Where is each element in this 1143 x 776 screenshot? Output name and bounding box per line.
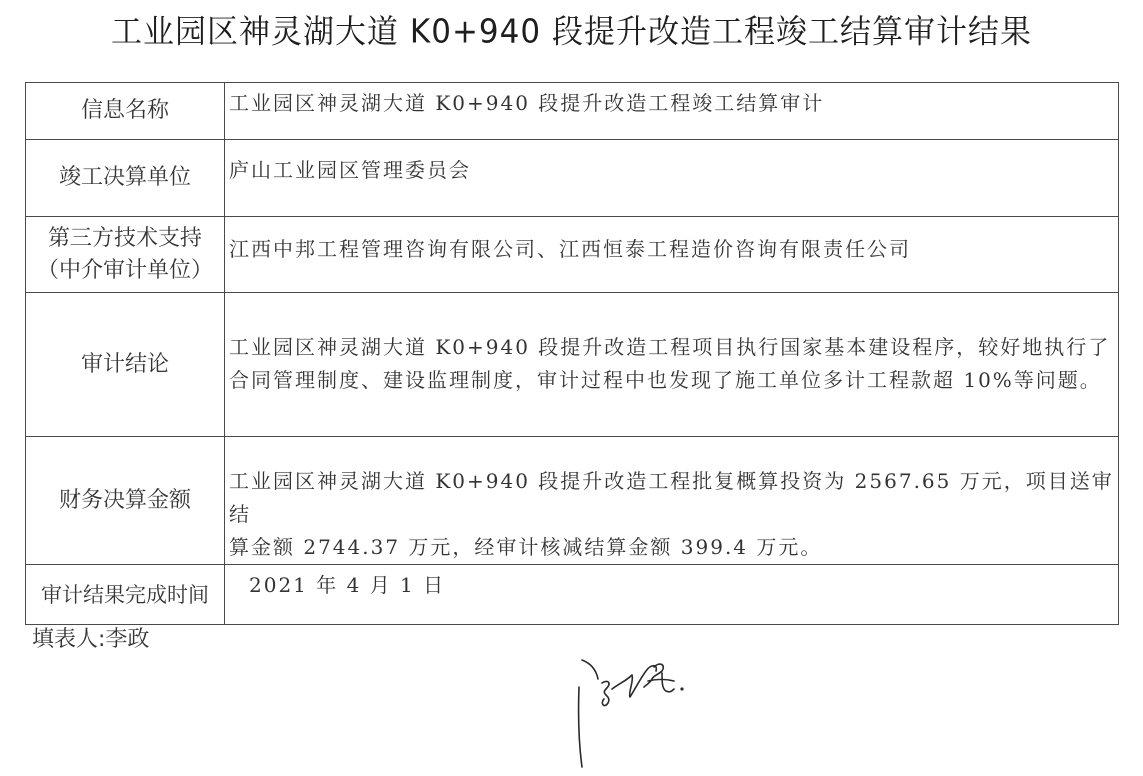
document-title: 工业园区神灵湖大道 K0+940 段提升改造工程竣工结算审计结果 — [0, 9, 1143, 55]
value-settlement-unit-text: 庐山工业园区管理委员会 — [229, 140, 1118, 187]
value-completion-date-text: 2021 年 4 月 1 日 — [229, 565, 1118, 602]
value-third-party-text: 江西中邦工程管理咨询有限公司、江西恒泰工程造价咨询有限责任公司 — [229, 217, 1118, 266]
label-third-party-line2: （中介审计单位） — [26, 255, 224, 287]
label-completion-date: 审计结果完成时间 — [26, 565, 225, 625]
label-third-party: 第三方技术支持 （中介审计单位） — [26, 217, 225, 293]
value-third-party: 江西中邦工程管理咨询有限公司、江西恒泰工程造价咨询有限责任公司 — [225, 217, 1119, 293]
label-third-party-line1: 第三方技术支持 — [26, 223, 224, 255]
value-audit-conclusion-line1: 工业园区神灵湖大道 K0+940 段提升改造工程项目执行国家基本建设程序，较好地… — [229, 331, 1118, 364]
table-row-info-name: 信息名称 工业园区神灵湖大道 K0+940 段提升改造工程竣工结算审计 — [26, 83, 1119, 140]
value-financial-amount-text: 工业园区神灵湖大道 K0+940 段提升改造工程批复概算投资为 2567.65 … — [229, 437, 1118, 564]
value-financial-amount-line2: 算金额 2744.37 万元，经审计核减结算金额 399.4 万元。 — [229, 531, 1118, 564]
form-filler: 填表人:李政 — [32, 624, 149, 656]
table-row-audit-conclusion: 审计结论 工业园区神灵湖大道 K0+940 段提升改造工程项目执行国家基本建设程… — [26, 293, 1119, 437]
label-financial-amount: 财务决算金额 — [26, 437, 225, 565]
table-row-third-party: 第三方技术支持 （中介审计单位） 江西中邦工程管理咨询有限公司、江西恒泰工程造价… — [26, 217, 1119, 293]
value-financial-amount: 工业园区神灵湖大道 K0+940 段提升改造工程批复概算投资为 2567.65 … — [225, 437, 1119, 565]
value-audit-conclusion-line2: 合同管理制度、建设监理制度，审计过程中也发现了施工单位多计工程款超 10%等问题… — [229, 364, 1118, 397]
value-financial-amount-line1: 工业园区神灵湖大道 K0+940 段提升改造工程批复概算投资为 2567.65 … — [229, 465, 1118, 531]
value-audit-conclusion-text: 工业园区神灵湖大道 K0+940 段提升改造工程项目执行国家基本建设程序，较好地… — [229, 293, 1118, 397]
value-info-name-text: 工业园区神灵湖大道 K0+940 段提升改造工程竣工结算审计 — [229, 83, 1118, 120]
value-settlement-unit: 庐山工业园区管理委员会 — [225, 140, 1119, 217]
label-settlement-unit: 竣工决算单位 — [26, 140, 225, 217]
label-audit-conclusion: 审计结论 — [26, 293, 225, 437]
value-info-name: 工业园区神灵湖大道 K0+940 段提升改造工程竣工结算审计 — [225, 83, 1119, 140]
label-info-name: 信息名称 — [26, 83, 225, 140]
value-completion-date: 2021 年 4 月 1 日 — [225, 565, 1119, 625]
handwritten-signature-icon — [570, 645, 710, 770]
table-row-settlement-unit: 竣工决算单位 庐山工业园区管理委员会 — [26, 140, 1119, 217]
value-audit-conclusion: 工业园区神灵湖大道 K0+940 段提升改造工程项目执行国家基本建设程序，较好地… — [225, 293, 1119, 437]
audit-result-table: 信息名称 工业园区神灵湖大道 K0+940 段提升改造工程竣工结算审计 竣工决算… — [25, 82, 1119, 625]
table-row-financial-amount: 财务决算金额 工业园区神灵湖大道 K0+940 段提升改造工程批复概算投资为 2… — [26, 437, 1119, 565]
table-row-completion-date: 审计结果完成时间 2021 年 4 月 1 日 — [26, 565, 1119, 625]
